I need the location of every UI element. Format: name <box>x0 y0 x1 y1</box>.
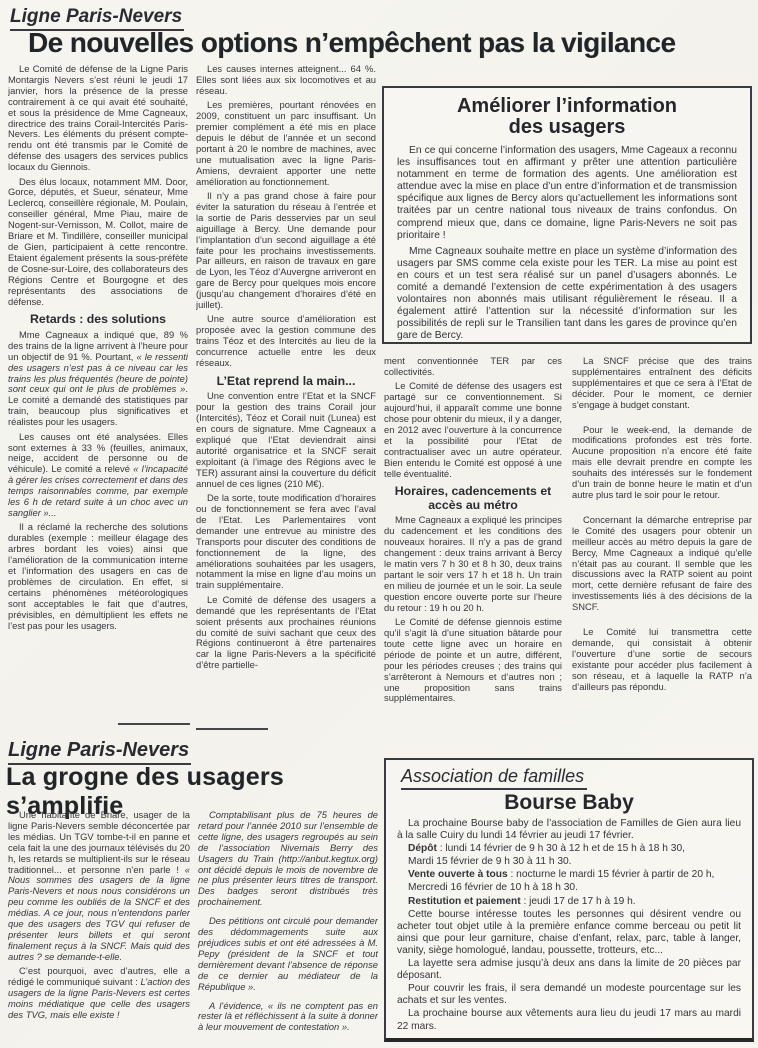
paragraph: Les causes internes atteignent... 64 %. … <box>196 64 376 97</box>
subhead-retards-solutions: Retards : des solutions <box>8 313 188 327</box>
paragraph: Concernant la démarche entreprise par le… <box>572 515 752 613</box>
paragraph: Des pétitions ont circulé pour demander … <box>198 916 378 992</box>
paragraph: Il a réclamé la recherche des solutions … <box>8 522 188 631</box>
bottom-article-column-1: Une habitante de Briare, usager de la li… <box>8 810 190 1042</box>
bottom-article-column-2: Comptabilisant plus de 75 heures de reta… <box>198 810 378 1042</box>
paragraph: Le Comité lui transmettra cette demande,… <box>572 627 752 692</box>
info-box-title-line2: des usagers <box>397 117 737 138</box>
paragraph: Des élus locaux, notamment MM. Door, Gor… <box>8 177 188 308</box>
info-box-body: En ce qui concerne l’information des usa… <box>397 145 737 343</box>
top-article-headline: De nouvelles options n’empêchent pas la … <box>28 27 750 59</box>
paragraph: Mme Cagneaux souhaite mettre en place un… <box>397 246 737 343</box>
paragraph: Une habitante de Briare, usager de la li… <box>8 810 190 963</box>
paragraph: Pour le week-end, la demande de modifica… <box>572 425 752 501</box>
schedule-mercredi: Mercredi 16 février de 10 h à 18 h 30. <box>397 882 741 894</box>
paragraph: La SNCF précise que des trains supplémen… <box>572 356 752 411</box>
top-article-column-2: Les causes internes atteignent... 64 %. … <box>196 64 376 730</box>
bottom-article-kicker: Ligne Paris-Nevers <box>8 739 191 765</box>
info-box-title: Améliorer l’information des usagers <box>397 96 737 138</box>
label-vente: Vente ouverte à tous <box>408 869 508 880</box>
paragraph: La layette sera admise jusqu’à deux ans … <box>397 958 741 982</box>
paragraph: Le Comité de défense des usagers a deman… <box>196 595 376 671</box>
paragraph: En ce qui concerne l’information des usa… <box>397 145 737 242</box>
paragraph: Mme Cagneaux a indiqué que, 89 % des tra… <box>8 330 188 428</box>
paragraph: La prochaine Bourse baby de l’associatio… <box>397 818 741 842</box>
bourse-baby-box: Association de familles Bourse Baby La p… <box>384 758 754 1042</box>
text-run: : jeudi 17 de 17 h à 19 h. <box>521 896 636 907</box>
text-run: : lundi 14 février de 9 h 30 à 12 h et d… <box>437 843 685 854</box>
schedule-mardi: Mardi 15 février de 9 h 30 à 11 h 30. <box>397 856 741 868</box>
paragraph: ment conventionnée TER par ces collectiv… <box>384 356 562 378</box>
bourse-headline: Bourse Baby <box>397 792 741 814</box>
top-article-column-3: ment conventionnée TER par ces collectiv… <box>384 356 562 784</box>
schedule-vente: Vente ouverte à tous : nocturne le mardi… <box>397 869 741 881</box>
paragraph: Une autre source d’amélioration est prop… <box>196 314 376 369</box>
paragraph: De la sorte, toute modification d’horair… <box>196 493 376 591</box>
paragraph: Comptabilisant plus de 75 heures de reta… <box>198 810 378 908</box>
info-box-title-line1: Améliorer l’information <box>397 96 737 117</box>
newspaper-page: Ligne Paris-Nevers De nouvelles options … <box>0 0 758 1048</box>
bourse-body: La prochaine Bourse baby de l’associatio… <box>397 818 741 1033</box>
paragraph: Cette bourse intéresse toutes les person… <box>397 909 741 957</box>
subhead-horaires-cadencements: Horaires, cadencements et accès au métro <box>384 485 562 512</box>
paragraph: Le Comité de défense de la Ligne Paris M… <box>8 64 188 173</box>
article-end-rule <box>118 723 190 725</box>
top-article-column-4: La SNCF précise que des trains supplémen… <box>572 356 752 784</box>
subhead-etat-reprend: L’Etat reprend la main... <box>196 375 376 389</box>
paragraph: Pour couvrir les frais, il sera demandé … <box>397 983 741 1007</box>
label-depot: Dépôt <box>408 843 437 854</box>
top-article-column-1: Le Comité de défense de la Ligne Paris M… <box>8 64 188 730</box>
paragraph: La prochaine bourse aux vêtements aura l… <box>397 1008 741 1032</box>
text-run: Une habitante de Briare, usager de la li… <box>8 810 190 875</box>
schedule-restitution: Restitution et paiement : jeudi 17 de 17… <box>397 896 741 908</box>
paragraph: Une convention entre l’Etat et la SNCF p… <box>196 391 376 489</box>
paragraph: Les premières, pourtant rénovées en 2009… <box>196 100 376 187</box>
label-restitution: Restitution et paiement <box>408 896 521 907</box>
bourse-kicker: Association de familles <box>401 766 587 790</box>
paragraph: Il n’y a pas grand chose à faire pour év… <box>196 191 376 311</box>
paragraph: C’est pourquoi, avec d’autres, elle a ré… <box>8 966 190 1021</box>
paragraph: Mme Cagneaux a expliqué les principes du… <box>384 515 562 613</box>
info-usagers-box: Améliorer l’information des usagers En c… <box>382 86 752 344</box>
paragraph: Le Comité de défense des usagers est par… <box>384 381 562 479</box>
quote-run: « Nous sommes des usagers de la ligne Pa… <box>8 864 190 962</box>
schedule-depot: Dépôt : lundi 14 février de 9 h 30 à 12 … <box>397 843 741 855</box>
paragraph: Les causes ont été analysées. Elles sont… <box>8 432 188 519</box>
paragraph: A l’évidence, « ils ne comptent pas en r… <box>198 1001 378 1034</box>
text-run: : nocturne le mardi 15 février à partir … <box>508 869 715 880</box>
article-end-rule <box>196 728 268 730</box>
paragraph: Le Comité de défense giennois estime qu’… <box>384 617 562 704</box>
